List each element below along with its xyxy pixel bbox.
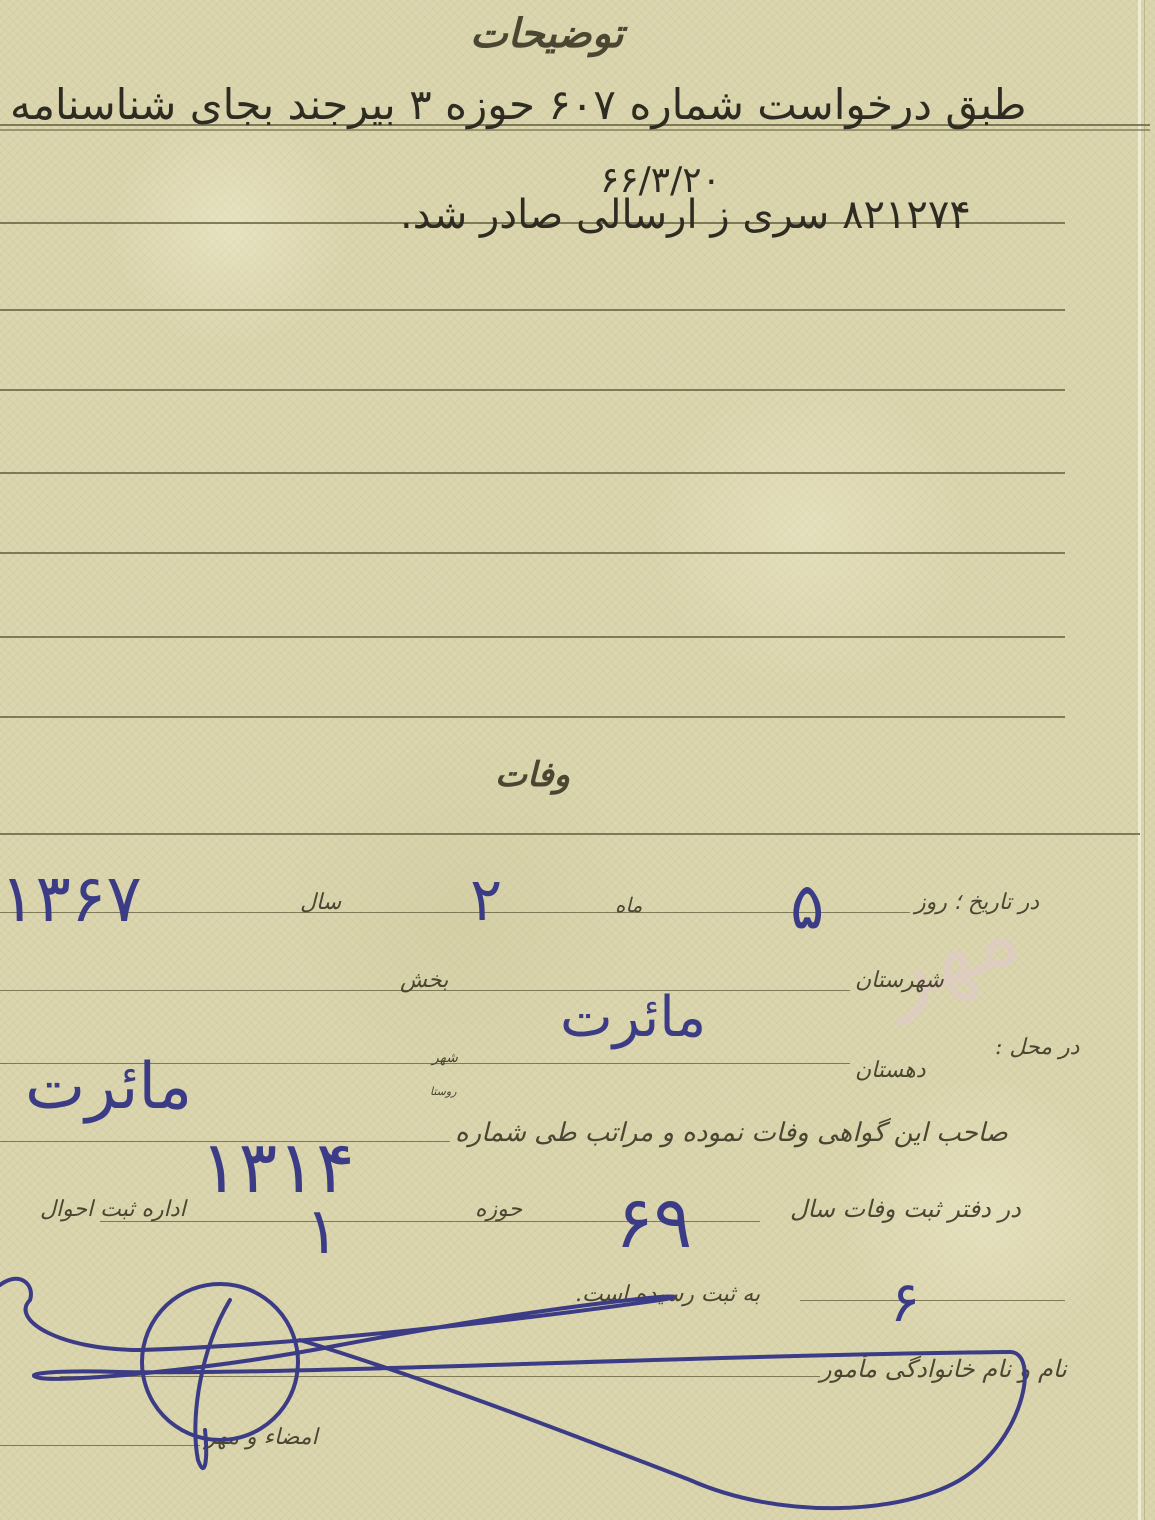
signature-scribble [0, 0, 1155, 1520]
